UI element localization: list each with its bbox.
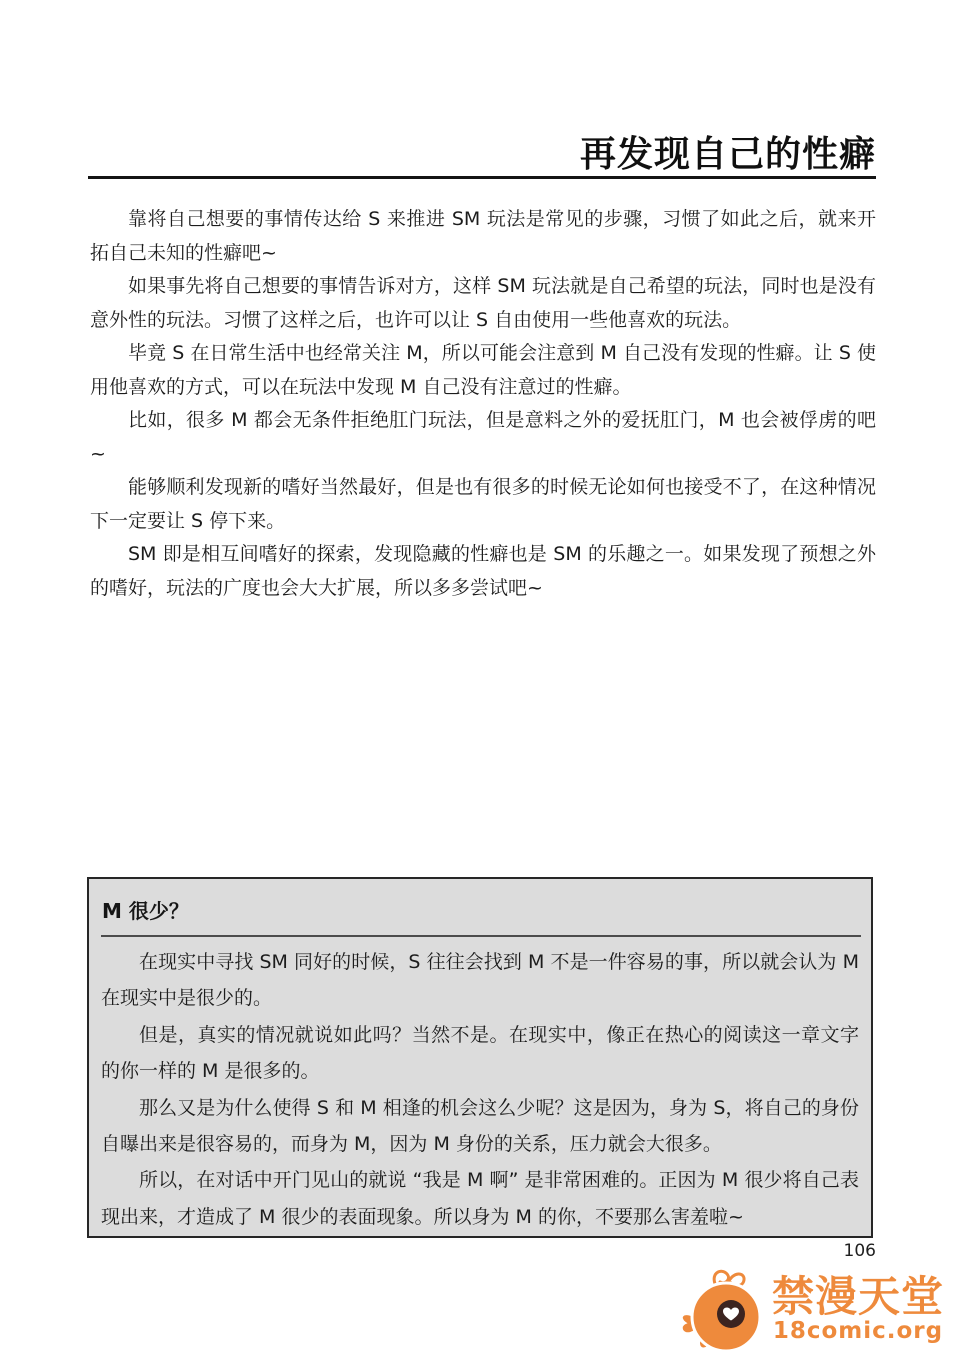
title-divider xyxy=(88,176,876,179)
document-page: 再发现自己的性癖 靠将自己想要的事情传达给 S 来推进 SM 玩法是常见的步骤，… xyxy=(0,0,960,1356)
page-title: 再发现自己的性癖 xyxy=(580,126,876,177)
article-paragraph: 毕竟 S 在日常生活中也经常关注 M，所以可能会注意到 M 自己没有发现的性癖。… xyxy=(90,337,876,404)
article-paragraph: 如果事先将自己想要的事情告诉对方，这样 SM 玩法就是自己希望的玩法，同时也是没… xyxy=(90,270,876,337)
info-box: M 很少？ 在现实中寻找 SM 同好的时候，S 往往会找到 M 不是一件容易的事… xyxy=(87,877,873,1238)
info-box-title: M 很少？ xyxy=(102,895,857,924)
watermark-text: 禁漫天堂 18comic.org xyxy=(772,1275,944,1346)
orange-whale-mascot-icon xyxy=(676,1266,768,1356)
page-number: 106 xyxy=(844,1241,876,1261)
watermark-logo: 禁漫天堂 18comic.org xyxy=(676,1266,944,1356)
article-paragraph: 靠将自己想要的事情传达给 S 来推进 SM 玩法是常见的步骤，习惯了如此之后，就… xyxy=(90,203,876,270)
info-box-body: 在现实中寻找 SM 同好的时候，S 往往会找到 M 不是一件容易的事，所以就会认… xyxy=(101,944,859,1235)
info-box-paragraph: 那么又是为什么使得 S 和 M 相逢的机会这么少呢？这是因为，身为 S，将自己的… xyxy=(101,1090,859,1163)
info-box-paragraph: 在现实中寻找 SM 同好的时候，S 往往会找到 M 不是一件容易的事，所以就会认… xyxy=(101,944,859,1017)
info-box-paragraph: 但是，真实的情况就说如此吗？当然不是。在现实中，像正在热心的阅读这一章文字的你一… xyxy=(101,1017,859,1090)
article-body: 靠将自己想要的事情传达给 S 来推进 SM 玩法是常见的步骤，习惯了如此之后，就… xyxy=(90,203,876,605)
article-paragraph: 比如，很多 M 都会无条件拒绝肛门玩法，但是意料之外的爱抚肛门，M 也会被俘虏的… xyxy=(90,404,876,471)
info-box-divider xyxy=(101,935,861,937)
site-name: 禁漫天堂 xyxy=(772,1275,944,1319)
info-box-paragraph: 所以，在对话中开门见山的就说 “我是 M 啊” 是非常困难的。正因为 M 很少将… xyxy=(101,1162,859,1235)
article-paragraph: SM 即是相互间嗜好的探索，发现隐藏的性癖也是 SM 的乐趣之一。如果发现了预想… xyxy=(90,538,876,605)
site-url: 18comic.org xyxy=(773,1320,943,1343)
article-paragraph: 能够顺利发现新的嗜好当然最好，但是也有很多的时候无论如何也接受不了，在这种情况下… xyxy=(90,471,876,538)
